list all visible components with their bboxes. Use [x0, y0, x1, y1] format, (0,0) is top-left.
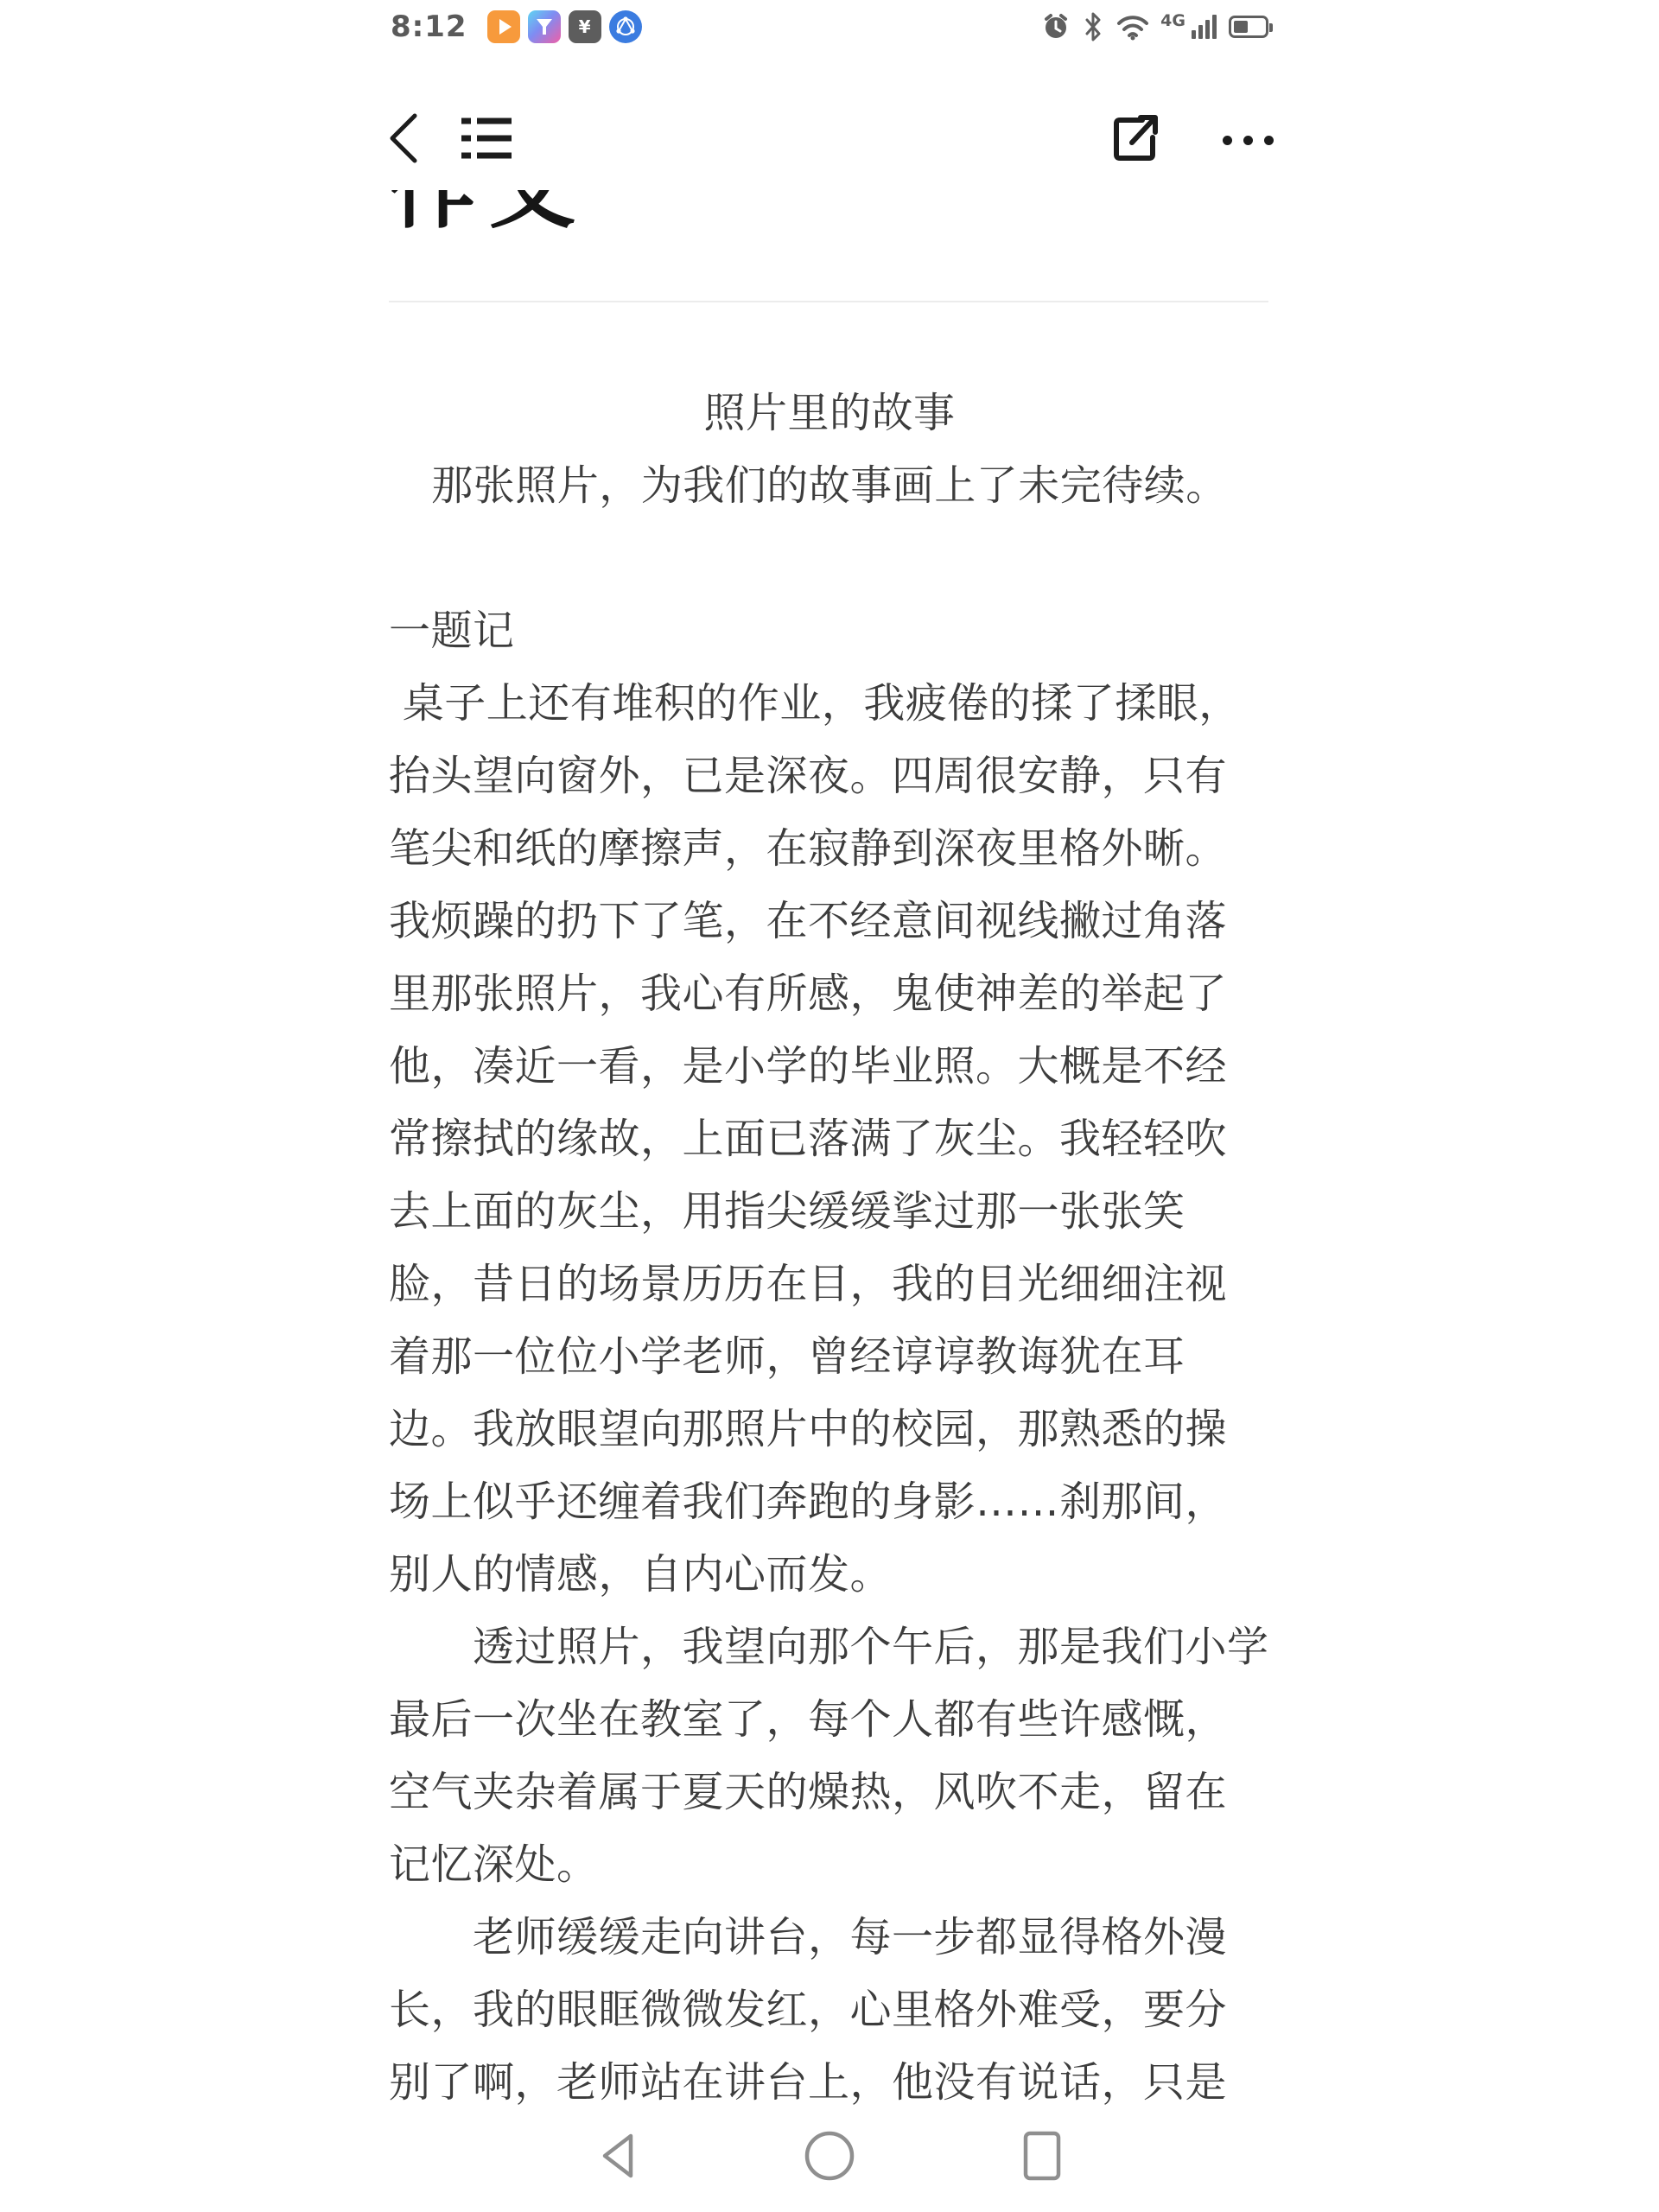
- paragraph-2: 透过照片，我望向那个午后，那是我们小学最后一次坐在教室了，每个人都有些许感慨，空…: [389, 1611, 1270, 1901]
- back-button[interactable]: [385, 111, 420, 168]
- battery-icon: [1229, 16, 1268, 38]
- blank-line: [389, 522, 1270, 594]
- photos-app-badge-icon: [528, 10, 561, 43]
- paragraph-1: 桌子上还有堆积的作业，我疲倦的揉了揉眼，抬头望向窗外，已是深夜。四周很安静，只有…: [389, 667, 1270, 1611]
- phone-screen: 8:12 ¥: [0, 0, 1659, 2212]
- nav-recents-button[interactable]: [936, 2129, 1148, 2186]
- page-title: 作文: [391, 190, 588, 233]
- essay-title: 照片里的故事: [389, 377, 1270, 449]
- essay-subtitle: 那张照片，为我们的故事画上了未完待续。: [389, 449, 1270, 522]
- text-line: 长，我的眼眶微微发红，心里格外难受，要分: [389, 1974, 1270, 2046]
- text-line: 常擦拭的缘故，上面已落满了灰尘。我轻轻吹: [389, 1103, 1270, 1175]
- share-button[interactable]: [1108, 111, 1161, 168]
- text-line: 脸，昔日的场景历历在目，我的目光细细注视: [389, 1248, 1270, 1320]
- text-line: 笔尖和纸的摩擦声，在寂静到深夜里格外晰。: [389, 812, 1270, 885]
- page-title-clipped: 作文: [391, 190, 588, 235]
- wifi-icon: [1116, 13, 1150, 41]
- text-line: 透过照片，我望向那个午后，那是我们小学: [389, 1611, 1270, 1683]
- text-line: 我烦躁的扔下了笔，在不经意间视线撇过角落: [389, 885, 1270, 957]
- signal-indicator: 4G: [1160, 15, 1217, 39]
- network-type-label: 4G: [1160, 11, 1185, 30]
- text-line: 着那一位位小学老师，曾经谆谆教诲犹在耳: [389, 1320, 1270, 1393]
- alarm-icon: [1041, 12, 1071, 41]
- globe-app-badge-icon: [609, 10, 642, 43]
- text-line: 记忆深处。: [389, 1828, 1270, 1901]
- toolbar: [385, 109, 1274, 171]
- nav-home-button[interactable]: [723, 2129, 936, 2186]
- text-line: 最后一次坐在教室了，每个人都有些许感慨，: [389, 1683, 1270, 1756]
- chevron-left-icon: [385, 111, 420, 168]
- play-app-badge-icon: [487, 10, 520, 43]
- text-line: 他，凑近一看，是小学的毕业照。大概是不经: [389, 1030, 1270, 1103]
- text-line: 别了啊，老师站在讲台上，他没有说话，只是: [389, 2046, 1270, 2119]
- text-line: 桌子上还有堆积的作业，我疲倦的揉了揉眼，: [389, 667, 1270, 740]
- bluetooth-icon: [1083, 12, 1103, 41]
- divider: [389, 301, 1268, 302]
- text-line: 去上面的灰尘，用指尖缓缓挲过那一张张笑: [389, 1175, 1270, 1248]
- nav-back-button[interactable]: [511, 2129, 723, 2186]
- text-line: 别人的情感，自内心而发。: [389, 1538, 1270, 1611]
- status-bar: 8:12 ¥: [391, 7, 1268, 47]
- text-line: 空气夹杂着属于夏天的燥热，风吹不走，留在: [389, 1756, 1270, 1828]
- wallet-envelope-badge-icon: ¥: [569, 10, 601, 43]
- signal-bars-icon: [1189, 15, 1217, 39]
- list-icon: [460, 116, 513, 164]
- text-line: 场上似乎还缠着我们奔跑的身影……刹那间，: [389, 1465, 1270, 1538]
- clock-time: 8:12: [391, 10, 467, 44]
- share-export-icon: [1108, 111, 1161, 168]
- text-line: 里那张照片，我心有所感，鬼使神差的举起了: [389, 957, 1270, 1030]
- outline-list-button[interactable]: [460, 116, 513, 164]
- back-triangle-icon: [594, 2129, 639, 2186]
- status-bar-left: 8:12 ¥: [391, 10, 642, 44]
- more-button[interactable]: [1211, 136, 1274, 145]
- recents-square-icon: [1020, 2129, 1065, 2186]
- text-line: 边。我放眼望向那照片中的校园，那熟悉的操: [389, 1393, 1270, 1465]
- essay-content[interactable]: 照片里的故事 那张照片，为我们的故事画上了未完待续。 一题记 桌子上还有堆积的作…: [389, 377, 1270, 2119]
- text-line: 老师缓缓走向讲台，每一步都显得格外漫: [389, 1901, 1270, 1974]
- status-bar-right: 4G: [1029, 12, 1268, 41]
- essay-epigraph: 一题记: [389, 594, 1270, 667]
- android-nav-bar: [391, 2119, 1268, 2196]
- home-circle-icon: [803, 2129, 856, 2186]
- text-line: 抬头望向窗外，已是深夜。四周很安静，只有: [389, 740, 1270, 812]
- paragraph-3: 老师缓缓走向讲台，每一步都显得格外漫长，我的眼眶微微发红，心里格外难受，要分别了…: [389, 1901, 1270, 2119]
- more-dots-icon: [1223, 136, 1232, 145]
